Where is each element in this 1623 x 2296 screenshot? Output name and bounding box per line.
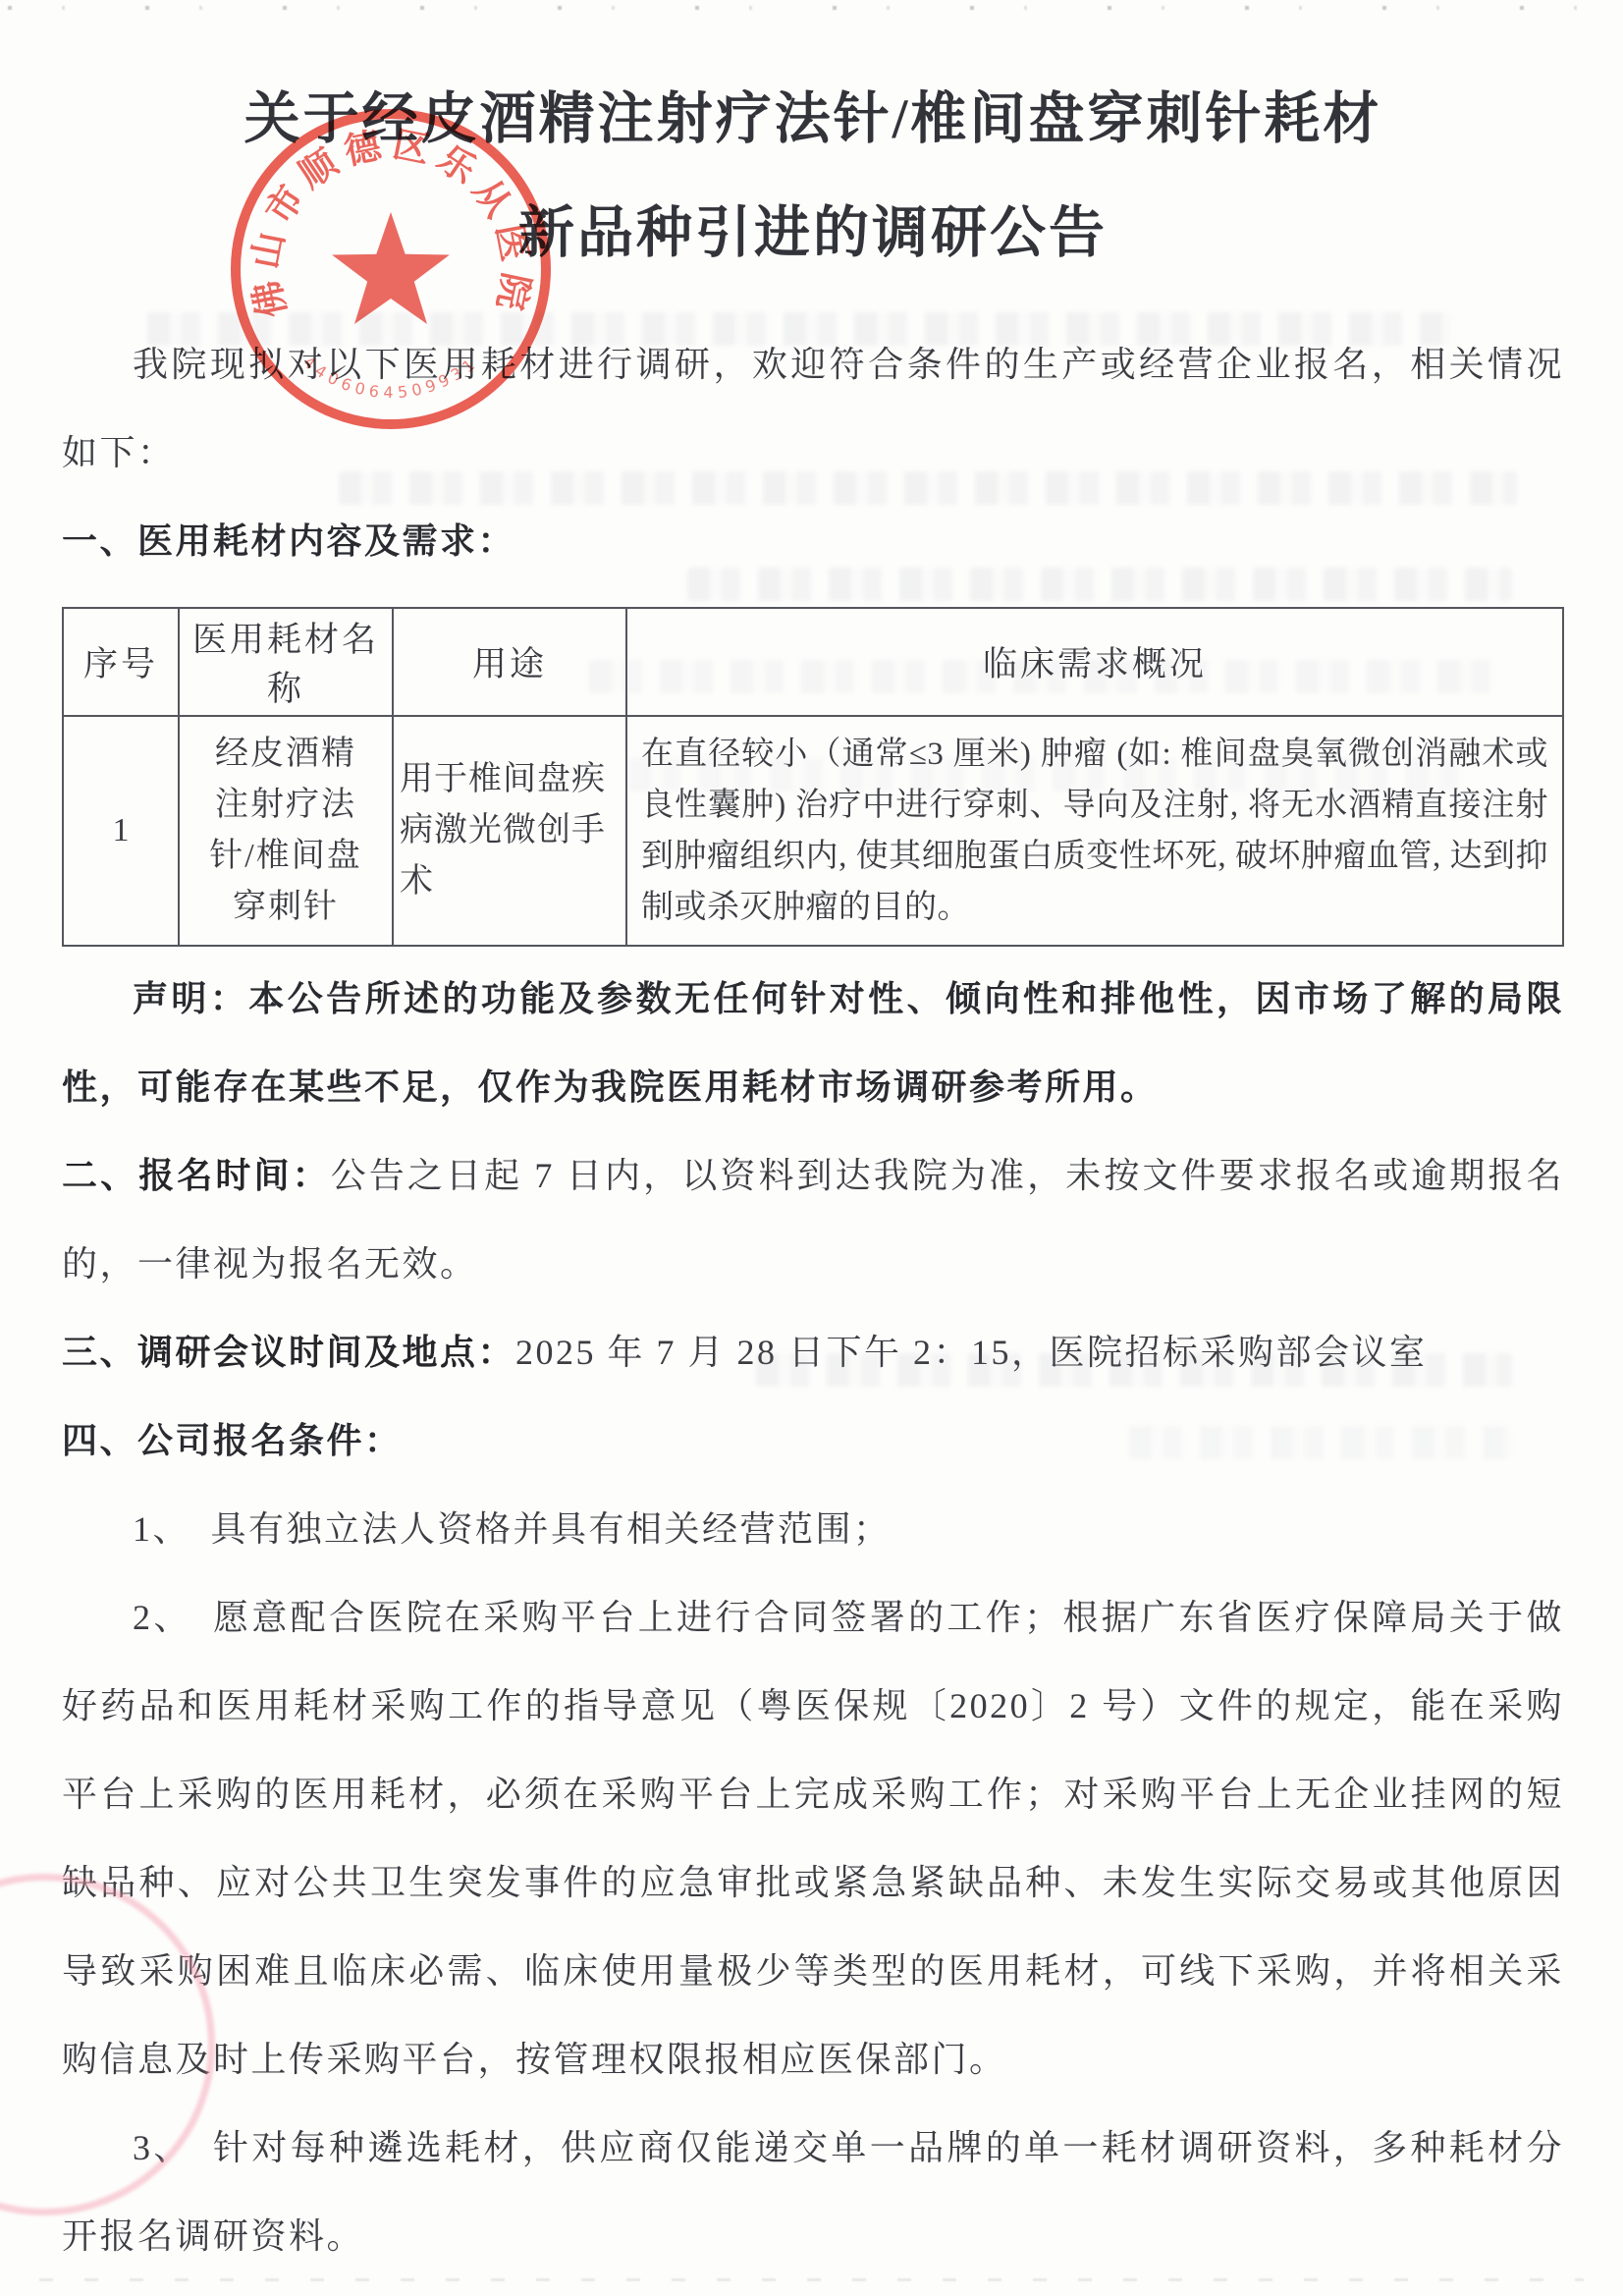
table-row: 1 经皮酒精注射疗法针/椎间盘穿刺针 用于椎间盘疾病激光微创手术 在直径较小（通… [63,716,1563,946]
bleed-through-artifact [756,1353,1512,1387]
consumable-name-cell: 经皮酒精注射疗法针/椎间盘穿刺针 [179,716,393,946]
bleed-through-artifact [628,758,1473,792]
section2-label: 二、报名时间： [62,1156,331,1195]
statement-paragraph: 声明：本公告所述的功能及参数无任何针对性、倾向性和排他性，因市场了解的局限性，可… [62,955,1564,1131]
bleed-through-artifact [687,568,1512,601]
seal-serial-number: 4406064509931 [299,353,482,402]
condition-item-3: 3、 针对每种遴选耗材，供应商仅能递交单一品牌的单一耗材调研资料，多种耗材分开报… [62,2104,1564,2280]
seal-star-icon [332,212,450,324]
clinical-demand-cell: 在直径较小（通常≤3 厘米) 肿瘤 (如: 椎间盘臭氧微创消融术或良性囊肿) 治… [626,716,1563,946]
col-header-index: 序号 [63,608,179,716]
scanned-document-page: 关于经皮酒精注射疗法针/椎间盘穿刺针耗材 新品种引进的调研公告 我院现拟对以下医… [0,0,1623,2296]
condition-item-1: 1、 具有独立法人资格并具有相关经营范围； [62,1485,1564,1573]
consumable-use-cell: 用于椎间盘疾病激光微创手术 [393,716,626,946]
scan-edge-artifact-bottom [39,2278,1584,2281]
condition-item-2: 2、 愿意配合医院在采购平台上进行合同签署的工作；根据广东省医疗保障局关于做好药… [62,1573,1564,2104]
official-seal: 佛山市顺德区乐从医院 4406064509931 [227,105,555,433]
section2-paragraph: 二、报名时间：公告之日起 7 日内，以资料到达我院为准，未按文件要求报名或逾期报… [62,1131,1564,1308]
seal-serial-text: 4406064509931 [299,353,482,402]
bleed-through-artifact [589,660,1492,693]
bleed-through-artifact [339,471,1517,505]
bleed-through-artifact [1129,1426,1512,1459]
section3-label: 三、调研会议时间及地点： [62,1333,515,1372]
col-header-name: 医用耗材名称 [179,608,393,716]
row-index-cell: 1 [63,716,179,946]
